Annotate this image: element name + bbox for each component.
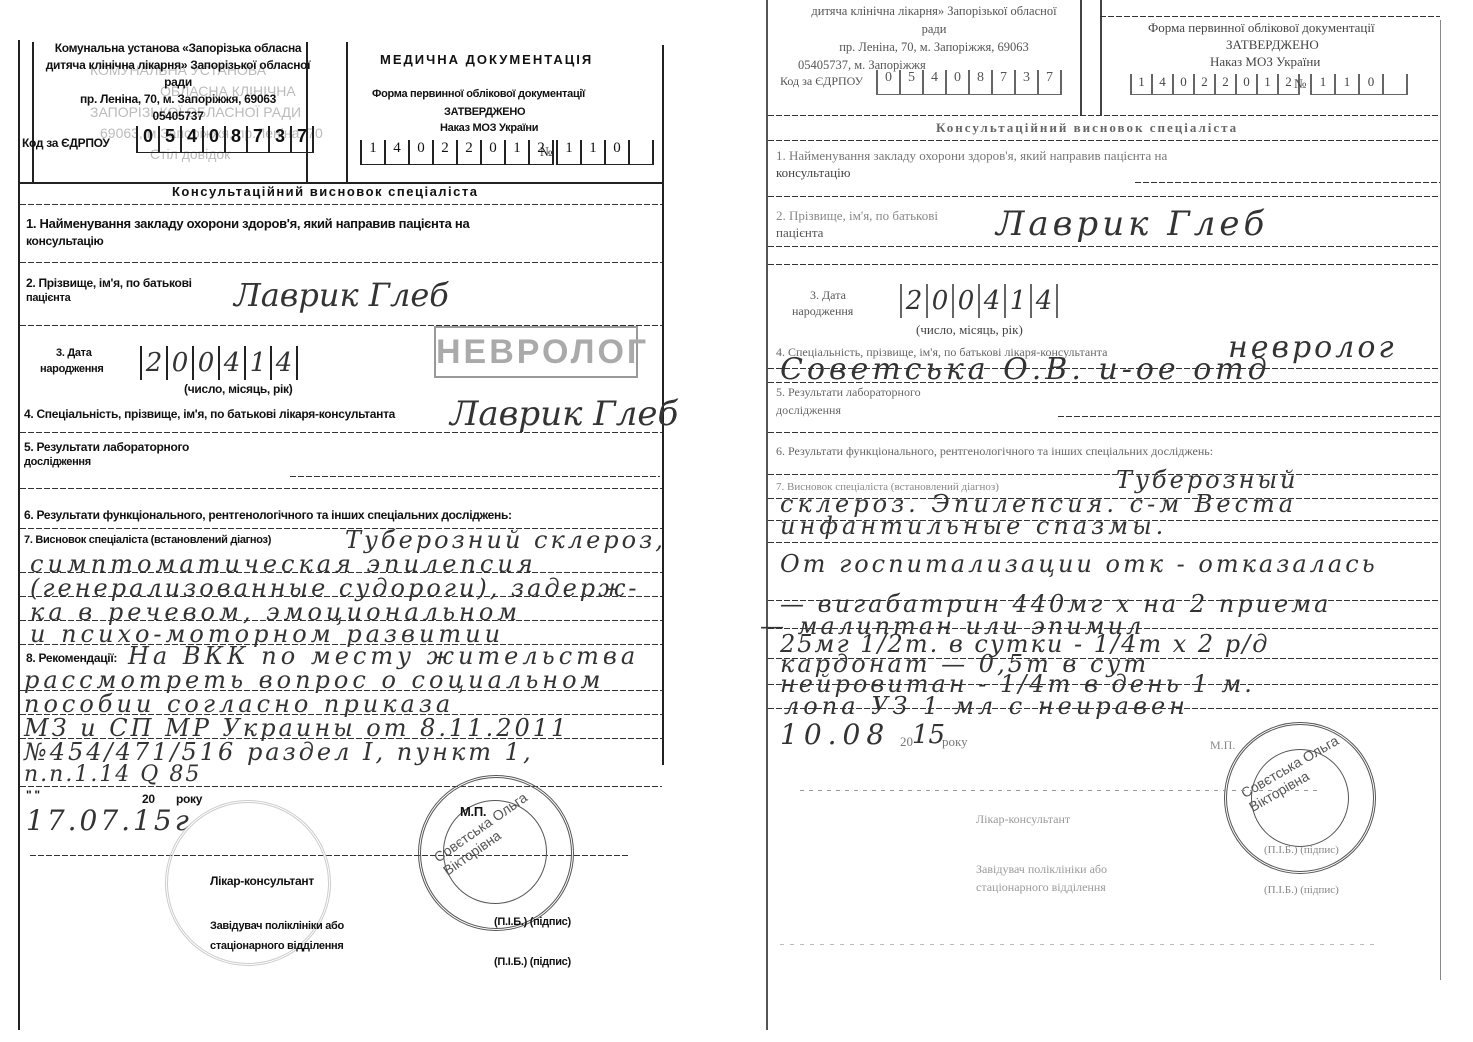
number-code-boxes: 1 1 0 — [556, 140, 654, 165]
rule — [780, 944, 1380, 945]
code-digit: 0 — [1358, 74, 1382, 95]
order-label: Наказ МОЗ України — [1210, 54, 1320, 70]
rule — [768, 432, 1440, 433]
code-digit: 1 — [1334, 74, 1358, 95]
approved-label: ЗАТВЕРДЖЕНО — [444, 106, 525, 118]
date-digit: 0 — [192, 346, 218, 380]
code-digit: 2 — [456, 140, 480, 165]
date-digit: 0 — [166, 346, 192, 380]
order-label: Наказ МОЗ України — [440, 122, 538, 134]
handwritten-line: От госпитализации отк - отказалась — [780, 550, 1378, 578]
rule — [20, 204, 662, 205]
code-digit: 2 — [1214, 74, 1235, 95]
code-digit: 7 — [991, 70, 1014, 95]
field-1-label: 1. Найменування закладу охорони здоров'я… — [26, 216, 469, 231]
field-8-label: 8. Рекомендації: — [26, 651, 117, 665]
rule — [768, 196, 1440, 197]
code-digit: 0 — [1235, 74, 1256, 95]
date-hint: (число, місяць, рік) — [916, 322, 1023, 338]
date-digit: 4 — [270, 346, 298, 380]
rule — [768, 264, 1440, 265]
signature-hint-2: (П.І.Б.) (підпис) — [494, 956, 571, 968]
head-label-2: стаціонарного відділення — [210, 940, 344, 952]
year-handwritten: 15 — [912, 720, 945, 750]
year-suffix: року — [942, 734, 968, 750]
field-1-label-cont: консультацію — [776, 165, 850, 181]
code-digit: 1 — [556, 140, 580, 165]
date-digit: 2 — [140, 346, 166, 380]
code-digit — [1382, 74, 1408, 95]
date-digit: 1 — [244, 346, 270, 380]
field-2-label-cont: пацієнта — [776, 225, 823, 241]
birth-date-boxes: 2 0 0 4 1 4 — [140, 346, 298, 380]
handwritten-line: п.п.1.14 Q 85 — [24, 762, 201, 787]
left-border — [18, 40, 20, 1030]
field-7-label: 7. Висновок спеціаліста (встановлений ді… — [24, 534, 271, 546]
code-digit: 1 — [1310, 74, 1334, 95]
field-1-label-cont: консультацію — [26, 234, 103, 248]
form-label: Форма первинної облікової документації — [1148, 20, 1375, 36]
code-digit: 0 — [202, 126, 224, 153]
rule — [768, 246, 1440, 247]
number-sign: № — [1294, 76, 1306, 92]
seal-label: М.П. — [1210, 738, 1235, 753]
field-3-label-cont: народження — [792, 304, 853, 319]
rule — [1135, 182, 1440, 183]
right-border — [1440, 20, 1441, 980]
field-2-label: 2. Прізвище, ім'я, по батькові — [26, 276, 192, 290]
date-digit: 0 — [952, 284, 978, 318]
right-form-page: дитяча клінічна лікарня» Запорізької обл… — [740, 0, 1473, 1042]
rule — [1100, 16, 1440, 17]
institution-header: дитяча клінічна лікарня» Запорізької обл… — [784, 2, 1084, 74]
date-digit: 0 — [926, 284, 952, 318]
code-digit: 7 — [1037, 70, 1062, 95]
date-digit: 4 — [978, 284, 1004, 318]
field-5-label-cont: дослідження — [24, 456, 91, 468]
rule — [768, 520, 1440, 521]
edrpou-label: Код за ЄДРПОУ — [22, 136, 110, 150]
rule — [768, 684, 1440, 685]
doctor-label: Лікар-консультант — [976, 812, 1070, 827]
date-digit: 1 — [1004, 284, 1030, 318]
code-digit: 5 — [158, 126, 180, 153]
code-digit: 0 — [408, 140, 432, 165]
handwritten-line: лопа УЗ 1 мл с неиравен — [784, 692, 1189, 720]
rule — [768, 115, 1440, 116]
signature-hint-2: (П.І.Б.) (підпис) — [1264, 884, 1339, 896]
field-6-label: 6. Результати функціонального, рентгенол… — [776, 444, 1213, 459]
code-digit: 1 — [504, 140, 528, 165]
header-border — [32, 42, 34, 182]
edrpou-code-boxes: 0 5 4 0 8 7 3 7 — [876, 70, 1062, 95]
rule — [1058, 416, 1440, 417]
rule — [768, 498, 1440, 499]
header-divider — [1100, 0, 1102, 115]
form-title: Консультаційний висновок спеціаліста — [936, 120, 1238, 136]
rule — [20, 488, 662, 489]
rule — [768, 542, 1440, 543]
code-digit: 7 — [246, 126, 268, 153]
code-digit: 1 — [1130, 74, 1151, 95]
head-label-1: Завідувач поліклініки або — [210, 920, 344, 932]
order-code-boxes: 1 4 0 2 2 0 1 2 — [360, 140, 554, 165]
code-digit: 0 — [480, 140, 504, 165]
seal-label: М.П. — [460, 804, 486, 819]
date-digit: 4 — [218, 346, 244, 380]
code-digit: 1 — [1256, 74, 1277, 95]
date-digit: 4 — [1030, 284, 1058, 318]
code-digit: 2 — [432, 140, 456, 165]
code-digit: 4 — [922, 70, 945, 95]
order-code-boxes: 1 4 0 2 2 0 1 2 — [1130, 74, 1300, 95]
number-code-boxes: 1 1 0 — [1310, 74, 1408, 95]
code-digit: 4 — [180, 126, 202, 153]
date-quotes: " " — [26, 788, 40, 802]
field-1-label: 1. Найменування закладу охорони здоров'я… — [776, 148, 1167, 164]
rule — [20, 738, 662, 739]
field-5-label: 5. Результати лабораторного — [24, 440, 189, 454]
rule — [20, 620, 662, 621]
field-4-label: 4. Спеціальність, прізвище, ім'я, по бат… — [24, 407, 395, 421]
field-2-label: 2. Прізвище, ім'я, по батькові — [776, 208, 938, 224]
rule — [800, 790, 1320, 791]
rule — [768, 474, 1440, 475]
left-form-page: КОМУНАЛЬНА УСТАНОВА ОБЛАСНА КЛІНІЧНА ЗАП… — [0, 0, 740, 1042]
rule — [20, 262, 662, 263]
code-digit: 8 — [224, 126, 246, 153]
field-3-label-cont: народження — [40, 363, 104, 375]
handwritten-date: 17.07.15г — [26, 804, 192, 837]
handwritten-date: 10.08 — [780, 718, 890, 751]
rule — [20, 572, 662, 573]
rule — [768, 658, 1440, 659]
rule — [20, 786, 662, 787]
code-digit: 1 — [580, 140, 604, 165]
rule — [768, 708, 1440, 709]
code-digit: 1 — [360, 140, 384, 165]
field-2-label-cont: пацієнта — [26, 292, 70, 304]
field-3-label: 3. Дата — [56, 347, 92, 359]
rule — [768, 140, 1440, 141]
rule — [768, 628, 1440, 629]
code-digit: 0 — [876, 70, 899, 95]
birth-date-boxes: 2 0 0 4 1 4 — [900, 284, 1058, 318]
neurologist-stamp: НЕВРОЛОГ — [434, 326, 638, 378]
form-title: Консультаційний висновок спеціаліста — [172, 184, 479, 199]
rule — [20, 432, 662, 433]
code-digit: 2 — [1193, 74, 1214, 95]
signature-hint-1: (П.І.Б.) (підпис) — [494, 916, 571, 928]
patient-name-value: Лаврик Глеб — [234, 276, 449, 314]
rule — [20, 596, 662, 597]
rule — [768, 382, 1440, 383]
date-hint: (число, місяць, рік) — [184, 382, 292, 396]
field-6-label: 6. Результати функціонального, рентгенол… — [24, 508, 512, 522]
header-divider — [346, 42, 348, 182]
number-sign: № — [540, 144, 552, 160]
medical-doc-title: МЕДИЧНА ДОКУМЕНТАЦІЯ — [380, 52, 593, 67]
code-digit: 3 — [1014, 70, 1037, 95]
doctor-seal: Совєтська Ольга Вікторівна — [418, 775, 574, 931]
code-digit: 5 — [899, 70, 922, 95]
signature-hint-1: (П.І.Б.) (підпис) — [1264, 844, 1339, 856]
handwritten-line: инфантильные спазмы. — [780, 512, 1167, 540]
code-digit: 0 — [136, 126, 158, 153]
head-label-2: стаціонарного відділення — [976, 880, 1106, 895]
code-digit: 0 — [604, 140, 628, 165]
rule — [20, 714, 662, 715]
doctor-label: Лікар-консультант — [210, 874, 314, 888]
code-digit: 7 — [290, 126, 314, 153]
rule — [768, 600, 1440, 601]
field-5-label-cont: дослідження — [776, 403, 841, 418]
head-label-1: Завідувач поліклініки або — [976, 862, 1107, 877]
date-digit: 2 — [900, 284, 926, 318]
code-digit: 3 — [268, 126, 290, 153]
left-border — [766, 0, 768, 1030]
code-digit: 8 — [968, 70, 991, 95]
field-3-label: 3. Дата — [810, 288, 846, 303]
code-digit — [628, 140, 654, 165]
form-label: Форма первинної облікової документації — [372, 88, 585, 100]
rule — [768, 368, 1440, 369]
rule — [20, 690, 662, 691]
field-5-label: 5. Результати лабораторного — [776, 385, 921, 400]
edrpou-code-boxes: 0 5 4 0 8 7 3 7 — [136, 126, 314, 153]
approved-label: ЗАТВЕРДЖЕНО — [1226, 37, 1319, 53]
code-digit: 4 — [384, 140, 408, 165]
code-digit: 4 — [1151, 74, 1172, 95]
institution-header: Комунальна установа «Запорізька обласна … — [38, 40, 318, 125]
consultant-value: Лаврик Глеб — [450, 394, 678, 434]
code-digit: 0 — [1172, 74, 1193, 95]
patient-name-value: Лаврик Глеб — [996, 204, 1268, 244]
rule — [290, 476, 660, 477]
edrpou-label: Код за ЄДРПОУ — [780, 74, 863, 89]
code-digit: 0 — [945, 70, 968, 95]
